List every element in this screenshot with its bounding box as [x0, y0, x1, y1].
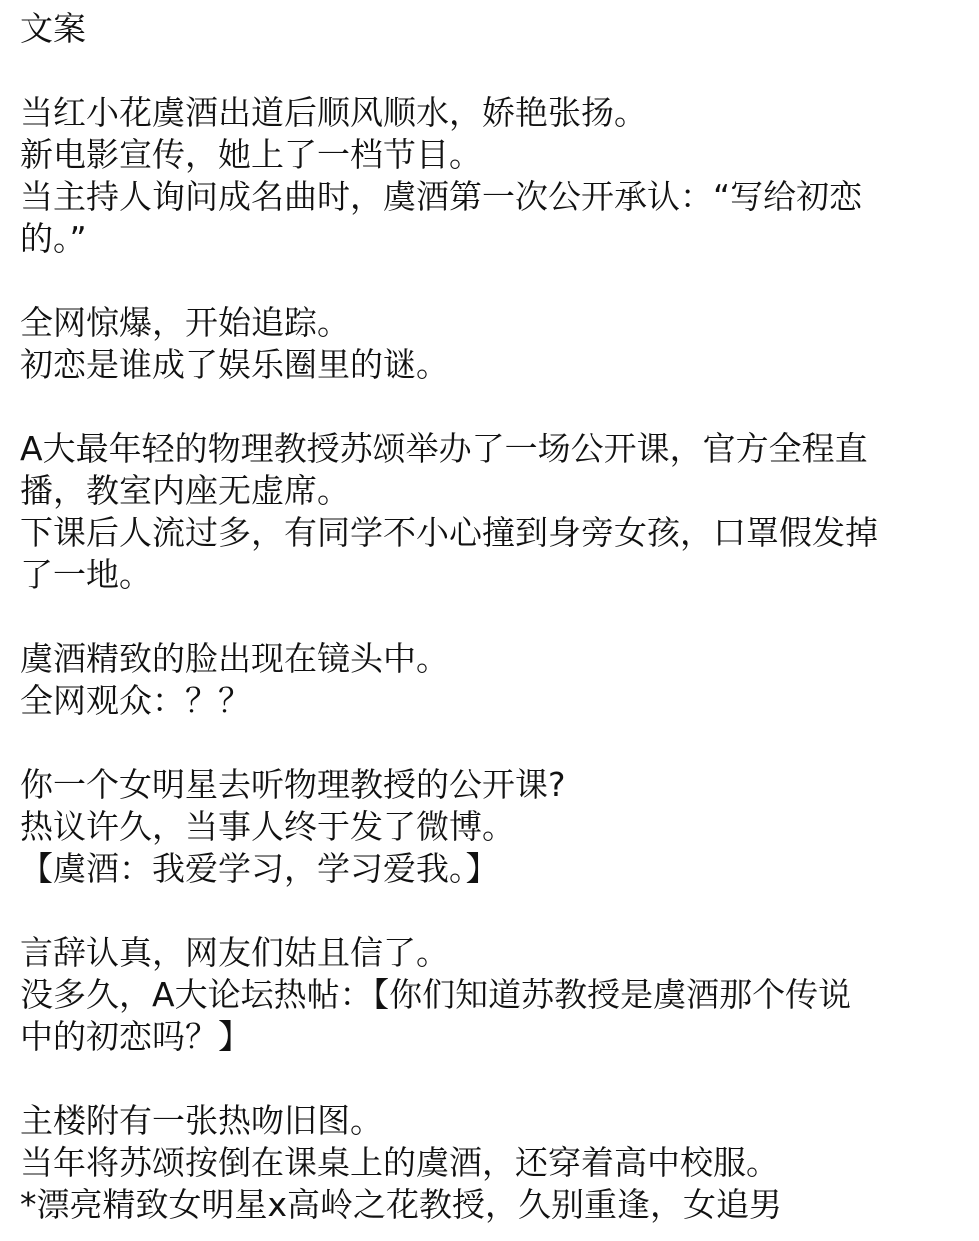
paragraph-spacer [20, 596, 965, 638]
paragraph-spacer [20, 1058, 965, 1100]
text-line: 当年将苏颂按倒在课桌上的虞酒，还穿着高中校服。 [20, 1142, 965, 1184]
paragraph-spacer [20, 890, 965, 932]
paragraph: 当红小花虞酒出道后顺风顺水，娇艳张扬。 新电影宣传，她上了一档节目。 当主持人询… [20, 92, 965, 260]
text-line: 没多久，A大论坛热帖：【你们知道苏教授是虞酒那个传说 [20, 974, 965, 1016]
paragraph: 主楼附有一张热吻旧图。 当年将苏颂按倒在课桌上的虞酒，还穿着高中校服。 *漂亮精… [20, 1100, 965, 1226]
text-line: 了一地。 [20, 554, 965, 596]
text-line: 言辞认真，网友们姑且信了。 [20, 932, 965, 974]
document-body: 文案 当红小花虞酒出道后顺风顺水，娇艳张扬。 新电影宣传，她上了一档节目。 当主… [20, 8, 965, 1226]
text-line: A大最年轻的物理教授苏颂举办了一场公开课，官方全程直 [20, 428, 965, 470]
text-line: 播，教室内座无虚席。 [20, 470, 965, 512]
text-line: 当红小花虞酒出道后顺风顺水，娇艳张扬。 [20, 92, 965, 134]
paragraph: A大最年轻的物理教授苏颂举办了一场公开课，官方全程直 播，教室内座无虚席。 下课… [20, 428, 965, 596]
document-title: 文案 [20, 8, 965, 50]
text-line: 虞酒精致的脸出现在镜头中。 [20, 638, 965, 680]
text-line: 初恋是谁成了娱乐圈里的谜。 [20, 344, 965, 386]
paragraph-spacer [20, 50, 965, 92]
text-line: 下课后人流过多，有同学不小心撞到身旁女孩，口罩假发掉 [20, 512, 965, 554]
paragraph: 虞酒精致的脸出现在镜头中。 全网观众：？？ [20, 638, 965, 722]
text-line: *漂亮精致女明星x高岭之花教授，久别重逢，女追男 [20, 1184, 965, 1226]
text-line: 的。” [20, 218, 965, 260]
text-line: 全网惊爆，开始追踪。 [20, 302, 965, 344]
text-line: 当主持人询问成名曲时，虞酒第一次公开承认：“写给初恋 [20, 176, 965, 218]
text-line: 中的初恋吗？】 [20, 1016, 965, 1058]
text-line: 主楼附有一张热吻旧图。 [20, 1100, 965, 1142]
text-line: 热议许久，当事人终于发了微博。 [20, 806, 965, 848]
text-line: 新电影宣传，她上了一档节目。 [20, 134, 965, 176]
paragraph-spacer [20, 722, 965, 764]
text-line: 你一个女明星去听物理教授的公开课? [20, 764, 965, 806]
paragraph-spacer [20, 260, 965, 302]
paragraph-spacer [20, 386, 965, 428]
paragraph: 言辞认真，网友们姑且信了。 没多久，A大论坛热帖：【你们知道苏教授是虞酒那个传说… [20, 932, 965, 1058]
paragraph: 全网惊爆，开始追踪。 初恋是谁成了娱乐圈里的谜。 [20, 302, 965, 386]
text-line: 全网观众：？？ [20, 680, 965, 722]
paragraph: 你一个女明星去听物理教授的公开课? 热议许久，当事人终于发了微博。 【虞酒：我爱… [20, 764, 965, 890]
text-line: 【虞酒：我爱学习，学习爱我。】 [20, 848, 965, 890]
